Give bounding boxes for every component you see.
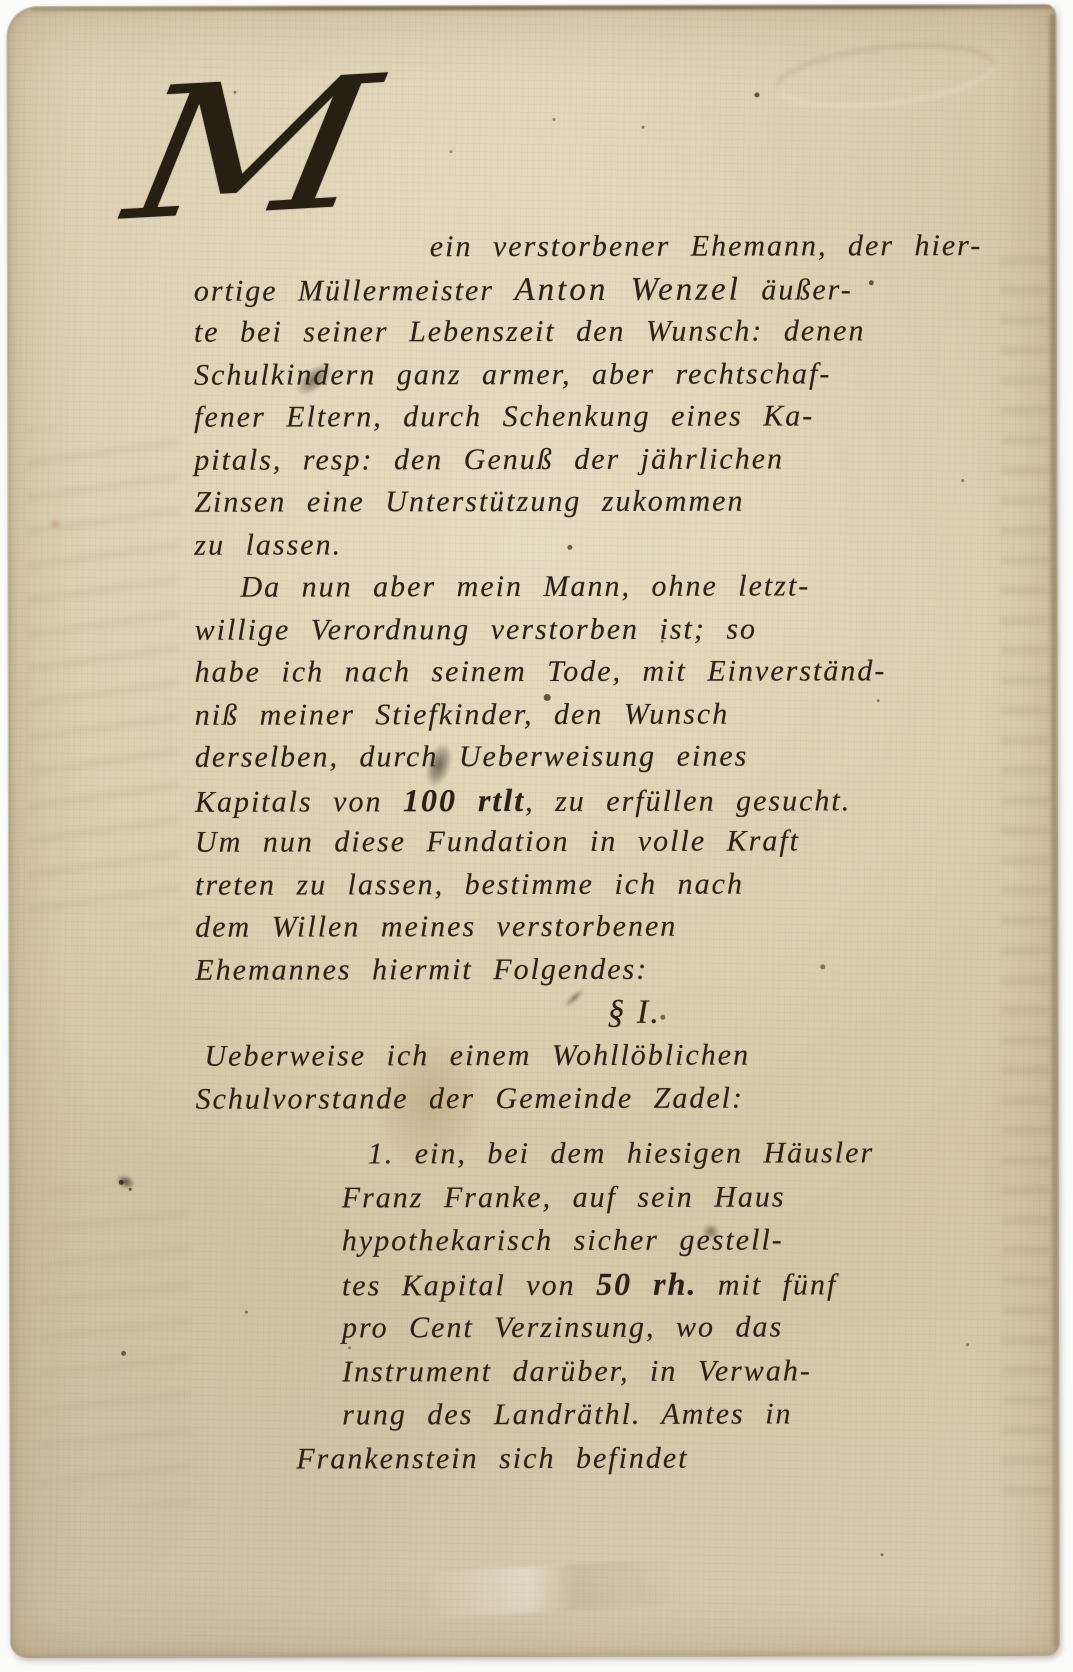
paper-crease xyxy=(773,34,998,117)
paper-top-edge-shadow xyxy=(31,5,1051,11)
manuscript-line: willige Verordnung verstorben ist; so xyxy=(195,607,1015,651)
line-segment: ortige Müllermeister xyxy=(194,274,515,308)
clause-item-1: 1. ein, bei dem hiesigen Häusler Franz F… xyxy=(196,1131,1017,1481)
paper-right-edge-shadow xyxy=(1049,15,1058,1647)
name-anton-wenzel: Anton Wenzel xyxy=(514,271,740,307)
manuscript-line: Franz Franke, auf sein Haus xyxy=(196,1174,1016,1219)
manuscript-line: Frankenstein sich befindet xyxy=(196,1435,1016,1480)
manuscript-page: M ein verstorbener Ehemann, der hier- or… xyxy=(7,5,1058,1657)
foxing-spot xyxy=(48,519,62,529)
line-segment: mit fünf xyxy=(697,1268,837,1301)
manuscript-line: zu lassen. xyxy=(194,522,1014,566)
manuscript-line: fener Eltern, durch Schenkung eines Ka- xyxy=(194,395,1014,439)
manuscript-line: te bei seiner Lebenszeit den Wunsch: den… xyxy=(194,310,1014,354)
amount-100-rtlt: 100 rtlt xyxy=(403,782,525,818)
manuscript-line: dem Willen meines verstorbenen xyxy=(195,905,1015,949)
verso-show-through xyxy=(28,427,179,927)
manuscript-line: Kapitals von 100 rtlt, zu erfüllen gesuc… xyxy=(195,777,1015,821)
manuscript-line: rung des Landräthl. Amtes in xyxy=(196,1392,1016,1437)
manuscript-line: ein verstorbener Ehemann, der hier- xyxy=(194,225,1014,269)
ink-specks xyxy=(7,7,10,10)
manuscript-line: tes Kapital von 50 rh. mit fünf xyxy=(196,1261,1016,1306)
line-segment: äußer- xyxy=(741,273,853,306)
line-segment: tes Kapital von xyxy=(342,1268,596,1302)
paper-crease xyxy=(250,1550,832,1627)
manuscript-line: pitals, resp: den Genuß der jährlichen xyxy=(194,437,1014,481)
amount-50-rh: 50 rh. xyxy=(596,1265,697,1301)
manuscript-text: ein verstorbener Ehemann, der hier- orti… xyxy=(194,225,1017,1481)
manuscript-line: Ueberweise ich einem Wohllöblichen xyxy=(195,1034,1015,1078)
line-segment: , zu erfüllen gesucht. xyxy=(525,784,851,818)
paragraph-3: Ueberweise ich einem Wohllöblichen Schul… xyxy=(195,1034,1015,1121)
manuscript-line: Da nun aber mein Mann, ohne letzt- xyxy=(194,565,1014,609)
manuscript-line: treten zu lassen, bestimme ich nach xyxy=(195,862,1015,906)
line-segment: Kapitals von xyxy=(195,785,403,818)
manuscript-line: niß meiner Stiefkinder, den Wunsch xyxy=(195,692,1015,736)
manuscript-line: Schulkindern ganz armer, aber rechtschaf… xyxy=(194,352,1014,396)
manuscript-line: Ehemannes hiermit Folgendes: xyxy=(195,947,1015,991)
scan-background: M ein verstorbener Ehemann, der hier- or… xyxy=(0,0,1073,1672)
verso-show-through xyxy=(40,1187,191,1507)
manuscript-line: derselben, durch Ueberweisung eines xyxy=(195,735,1015,779)
manuscript-line: Instrument darüber, in Verwah- xyxy=(196,1348,1016,1393)
paragraph-1: ein verstorbener Ehemann, der hier- orti… xyxy=(194,225,1015,567)
paragraph-2: Da nun aber mein Mann, ohne letzt- willi… xyxy=(194,565,1015,992)
ink-smudge xyxy=(114,1171,138,1192)
manuscript-line: hypothekarisch sicher gestell- xyxy=(196,1218,1016,1263)
initial-letter-m: M xyxy=(117,51,387,246)
manuscript-line: habe ich nach seinem Tode, mit Einverstä… xyxy=(195,650,1015,694)
manuscript-line: Zinsen eine Unterstützung zukommen xyxy=(194,480,1014,524)
manuscript-line: Um nun diese Fundation in volle Kraft xyxy=(195,820,1015,864)
manuscript-line: pro Cent Verzinsung, wo das xyxy=(196,1305,1016,1350)
manuscript-line: 1. ein, bei dem hiesigen Häusler xyxy=(196,1131,1016,1176)
manuscript-line: ortige Müllermeister Anton Wenzel äußer- xyxy=(194,267,1014,311)
manuscript-line: Schulvorstande der Gemeinde Zadel: xyxy=(196,1076,1016,1120)
section-heading: § I. xyxy=(195,990,1015,1036)
